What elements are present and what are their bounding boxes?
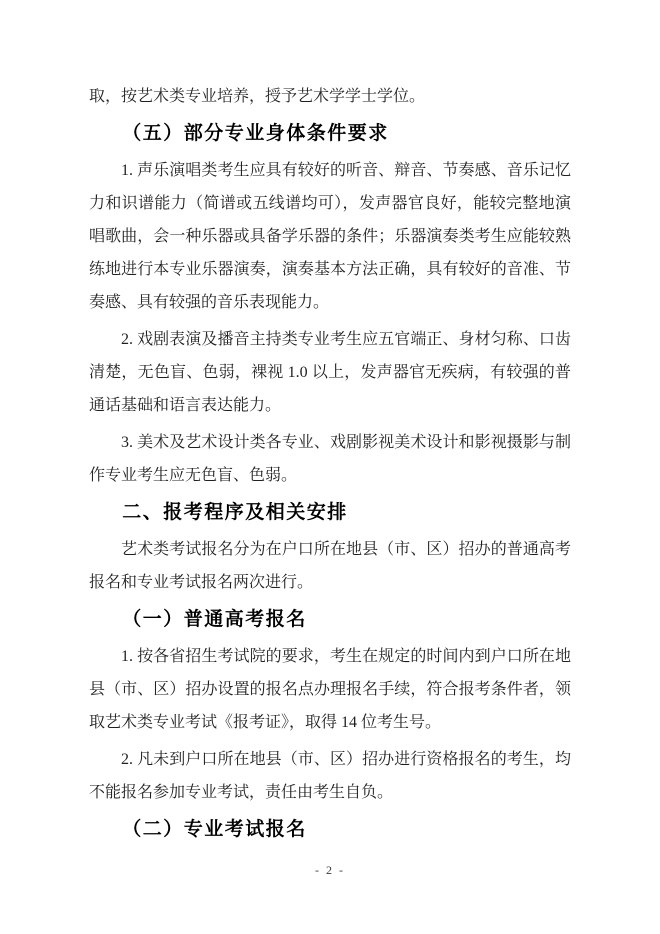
paragraph: 3. 美术及艺术设计类各专业、戏剧影视美术设计和影视摄影与制作专业考生应无色盲、…	[89, 426, 571, 492]
paragraph: 1. 按各省招生考试院的要求，考生在规定的时间内到户口所在地县（市、区）招办设置…	[89, 640, 571, 739]
section-heading: （二）专业考试报名	[89, 813, 571, 846]
section-heading: 二、报考程序及相关安排	[89, 496, 571, 529]
paragraph: 1. 声乐演唱类考生应具有较好的听音、辩音、节奏感、音乐记忆力和识谱能力（简谱或…	[89, 154, 571, 319]
paragraph: 艺术类考试报名分为在户口所在地县（市、区）招办的普通高考报名和专业考试报名两次进…	[89, 533, 571, 599]
section-heading: （五）部分专业身体条件要求	[89, 117, 571, 150]
section-heading: （一）普通高考报名	[89, 603, 571, 636]
document-page: 取，按艺术类专业培养，授予艺术学学士学位。（五）部分专业身体条件要求1. 声乐演…	[0, 0, 660, 934]
paragraph: 2. 凡未到户口所在地县（市、区）招办进行资格报名的考生，均不能报名参加专业考试…	[89, 743, 571, 809]
document-body: 取，按艺术类专业培养，授予艺术学学士学位。（五）部分专业身体条件要求1. 声乐演…	[89, 80, 571, 850]
page-footer: - 2 -	[0, 863, 660, 878]
paragraph: 2. 戏剧表演及播音主持类专业考生应五官端正、身材匀称、口齿清楚，无色盲、色弱，…	[89, 323, 571, 422]
paragraph: 取，按艺术类专业培养，授予艺术学学士学位。	[89, 80, 571, 113]
page-number: - 2 -	[315, 863, 345, 877]
